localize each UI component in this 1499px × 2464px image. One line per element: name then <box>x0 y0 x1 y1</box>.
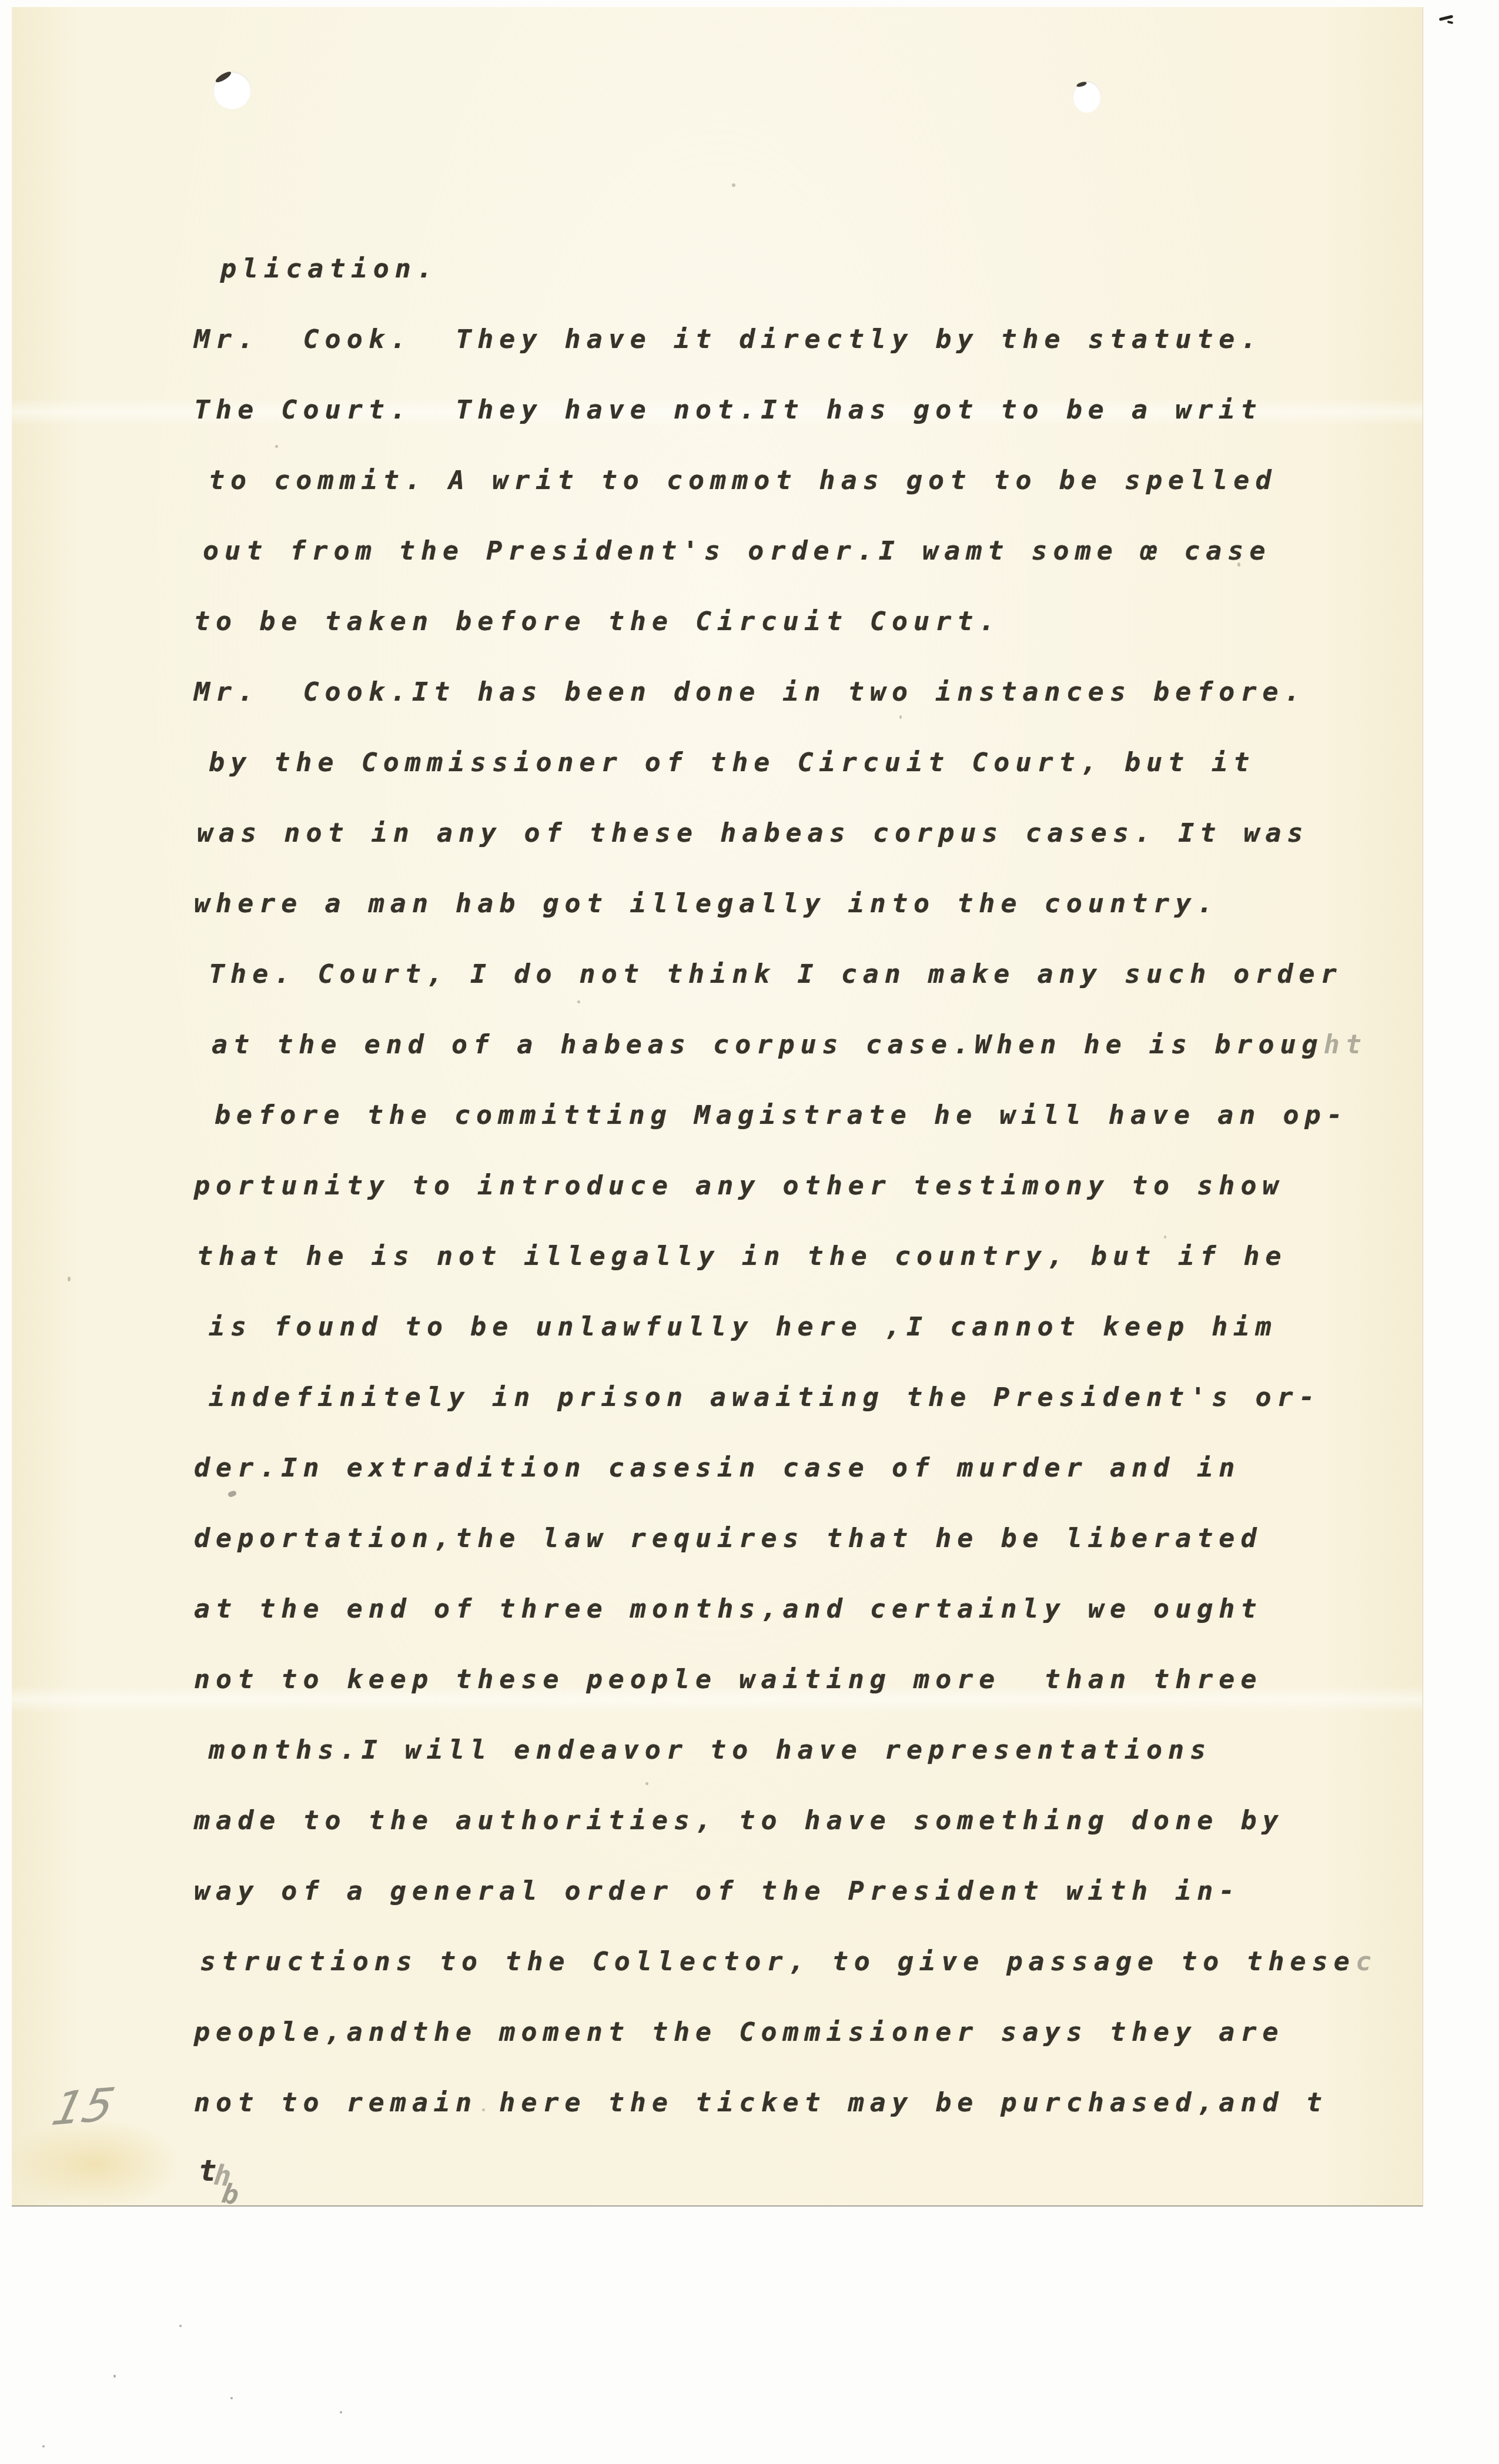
typed-line: people,andthe moment the Commisioner say… <box>194 1997 1377 2067</box>
dust-speck <box>482 2108 485 2111</box>
typed-line: der.In extradition casesin case of murde… <box>194 1432 1377 1503</box>
typed-line: by the Commissioner of the Circuit Court… <box>209 727 1377 798</box>
scanner-background: { "colors": { "paper": "#f9f3df", "ink":… <box>0 0 1499 2464</box>
hole-smudge <box>215 70 233 84</box>
typed-line: out from the President's order.I wamt so… <box>203 515 1377 586</box>
background-ink-mark <box>1447 21 1454 24</box>
dust-speck <box>275 445 278 448</box>
typed-text-block: plication. Mr. Cook. They have it direct… <box>194 233 1377 2138</box>
typed-line: to be taken before the Circuit Court. <box>194 586 1377 657</box>
dust-speck <box>645 1782 648 1785</box>
faint-overtype: c <box>1356 1946 1377 1977</box>
scanned-page: plication. Mr. Cook. They have it direct… <box>12 7 1423 2207</box>
dust-speck <box>340 2411 342 2413</box>
typed-line: Mr. Cook.It has been done in two instanc… <box>194 657 1377 727</box>
dust-speck <box>113 2375 116 2378</box>
punch-hole-left <box>213 72 251 109</box>
typed-line: Mr. Cook. They have it directly by the s… <box>194 304 1377 374</box>
dust-speck <box>732 183 735 187</box>
typed-line: not to remain here the ticket may be pur… <box>194 2067 1377 2138</box>
typed-line: made to the authorities, to have somethi… <box>194 1785 1377 1856</box>
dust-speck <box>899 715 902 719</box>
typed-line: The. Court, I do not think I can make an… <box>209 939 1377 1009</box>
typed-line: The Court. They have not.It has got to b… <box>194 374 1377 445</box>
typed-line: plication. <box>220 233 1377 304</box>
typed-line: at the end of a habeas corpus case.When … <box>212 1009 1377 1080</box>
hole-smudge <box>1076 81 1087 88</box>
typed-line: portunity to introduce any other testimo… <box>194 1150 1377 1221</box>
typed-line: structions to the Collector, to give pas… <box>200 1926 1377 1997</box>
dust-speck <box>179 2325 182 2327</box>
typed-line: where a man hab got illegally into the c… <box>194 868 1377 939</box>
background-ink-mark <box>1439 15 1453 21</box>
typed-line: months.I will endeavor to have represent… <box>209 1715 1377 1785</box>
typed-line: way of a general order of the President … <box>194 1856 1377 1926</box>
typed-line: deportation,the law requires that he be … <box>194 1503 1377 1574</box>
dust-speck <box>230 2397 233 2399</box>
typed-line: to commit. A writ to commot has got to b… <box>209 445 1377 515</box>
dust-speck <box>1164 1236 1166 1238</box>
punch-hole-right <box>1073 81 1101 113</box>
typed-line: that he is not illegally in the country,… <box>197 1221 1377 1291</box>
typed-line: not to keep these people waiting more th… <box>194 1644 1377 1715</box>
typed-line: at the end of three months,and certainly… <box>194 1574 1377 1644</box>
typed-line: was not in any of these habeas corpus ca… <box>197 798 1377 868</box>
dust-speck <box>68 1277 71 1281</box>
faint-overtype: ht <box>1324 1029 1367 1060</box>
dust-speck <box>1237 563 1240 567</box>
typed-line: is found to be unlawfully here ,I cannot… <box>209 1291 1377 1362</box>
dust-speck <box>42 2445 45 2448</box>
typed-line: indefinitely in prison awaiting the Pres… <box>209 1362 1377 1432</box>
typed-fragment: t h b <box>199 2154 269 2224</box>
typed-line: before the committing Magistrate he will… <box>215 1080 1377 1150</box>
dust-speck <box>577 1000 580 1003</box>
